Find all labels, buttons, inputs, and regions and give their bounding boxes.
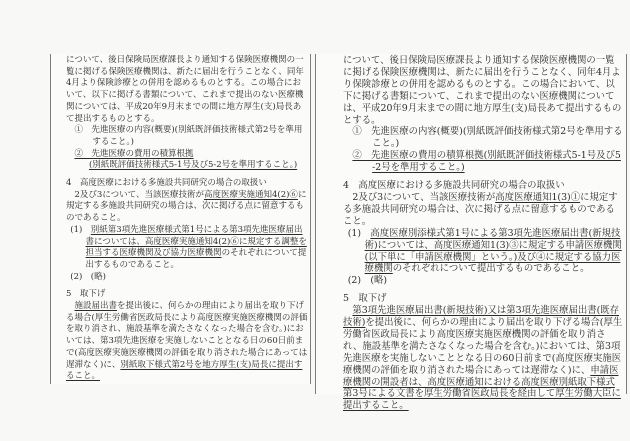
text-run: について、後日保険局医療課長より通知する保険医療機関の一覧に掲げる保険医療機関は… bbox=[343, 55, 621, 126]
page-right-content: について、後日保険局医療課長より通知する保険医療機関の一覧に掲げる保険医療機関は… bbox=[343, 55, 623, 412]
text-run: 2及び3について、当該医療技術が bbox=[75, 190, 204, 200]
paren-list-item: (2) (略) bbox=[343, 275, 623, 287]
section-heading: 4 高度医療における多施設共同研究の場合の取扱い bbox=[343, 180, 623, 192]
section-heading: 5 取下げ bbox=[66, 289, 308, 301]
underlined-text: 施設届出書 bbox=[75, 301, 118, 311]
text-run: 4 高度医療における多施設共同研究の場合の取扱い bbox=[343, 180, 565, 191]
circled-list-item: ① 先進医療の内容(概要)(別紙既評価技術様式第2号を準用すること。) bbox=[343, 126, 623, 150]
text-run: 4 高度医療における多施設共同研究の場合の取扱い bbox=[66, 178, 267, 188]
page-right: について、後日保険局医療課長より通知する保険医療機関の一覧に掲げる保険医療機関は… bbox=[315, 54, 627, 394]
text-run: のそれぞれについて提出するものであること。 bbox=[393, 263, 590, 274]
text-run: (1) bbox=[348, 228, 371, 239]
underlined-text: 高度医療実施通知4(2)⑥ bbox=[204, 190, 298, 200]
body-paragraph: 2及び3について、当該医療技術が高度医療実施通知4(2)⑥に規定する多施設共同研… bbox=[66, 190, 308, 225]
text-run: 5 取下げ bbox=[66, 289, 105, 299]
paren-list-item: (1) 高度医療別添様式第1号による第3項先進医療届出書(新規技術)については、… bbox=[343, 228, 623, 276]
text-run: (2) (略) bbox=[70, 272, 106, 282]
text-run: ① 先進医療の内容(概要)(別紙既評価技術様式第2号を準用すること。) bbox=[352, 126, 622, 149]
text-run: ① 先進医療の内容(概要)(別紙既評価技術様式第2号を準用すること。) bbox=[75, 125, 303, 147]
text-run: (1) bbox=[70, 225, 91, 235]
paragraph: について、後日保険局医療課長より通知する保険医療機関の一覧に掲げる保険医療機関は… bbox=[66, 55, 308, 125]
paragraph: について、後日保険局医療課長より通知する保険医療機関の一覧に掲げる保険医療機関は… bbox=[343, 55, 623, 126]
document-spread: について、後日保険局医療課長より通知する保険医療機関の一覧に掲げる保険医療機関は… bbox=[0, 0, 630, 441]
text-run: について、後日保険局医療課長より通知する保険医療機関の一覧に掲げる保険医療機関は… bbox=[66, 55, 304, 124]
body-paragraph: 第3項先進医療届出書(新規技術)又は第3項先進医療届出書(既存技術)を提出後に、… bbox=[343, 305, 623, 412]
circled-list-item: ② 先進医療の費用の積算根拠 bbox=[66, 149, 308, 161]
text-run: (2) (略) bbox=[348, 275, 387, 286]
circled-list-item: ① 先進医療の内容(概要)(別紙既評価技術様式第2号を準用すること。) bbox=[66, 125, 308, 148]
circled-list-item: ② 先進医療の費用の積算根拠(別紙既評価技術様式5-1号及び5-2号を準用するこ… bbox=[343, 150, 623, 174]
page-left: について、後日保険局医療課長より通知する保険医療機関の一覧に掲げる保険医療機関は… bbox=[50, 54, 311, 384]
indented-sub-line: (別紙既評価技術様式5-1号及び5-2号を準用すること。) bbox=[66, 160, 308, 172]
text-run: 5 取下げ bbox=[343, 293, 386, 304]
section-heading: 4 高度医療における多施設共同研究の場合の取扱い bbox=[66, 178, 308, 190]
paren-list-item: (1) 別紙第3項先進医療様式第1号による第3項先進医療届出書については、高度医… bbox=[66, 225, 308, 272]
underlined-text: ② 先進医療の費用の積算根拠(別紙既評価技術様式5-1号及び5-2号を準用するこ… bbox=[352, 150, 620, 173]
body-paragraph: 施設届出書を提出後に、何らかの理由により届出を取り下げる場合(厚生労働省医政局長… bbox=[66, 301, 308, 383]
underlined-text: 高度医療通知1(3)① bbox=[495, 192, 580, 203]
page-left-content: について、後日保険局医療課長より通知する保険医療機関の一覧に掲げる保険医療機関は… bbox=[66, 55, 308, 383]
section-heading: 5 取下げ bbox=[343, 293, 623, 305]
text-run: を提出後に、何らかの理由により届出を取り下げる場合(厚生労働省医政局長により高度… bbox=[343, 317, 622, 376]
paren-list-item: (2) (略) bbox=[66, 272, 308, 284]
underlined-text: (別紙既評価技術様式5-1号及び5-2号を準用すること。) bbox=[89, 160, 297, 170]
underlined-text: ② 先進医療の費用の積算根拠 bbox=[75, 149, 194, 159]
body-paragraph: 2及び3について、当該医療技術が高度医療通知1(3)①に規定する多施設共同研究の… bbox=[343, 192, 623, 228]
text-run: 2及び3について、当該医療技術が bbox=[352, 192, 495, 203]
